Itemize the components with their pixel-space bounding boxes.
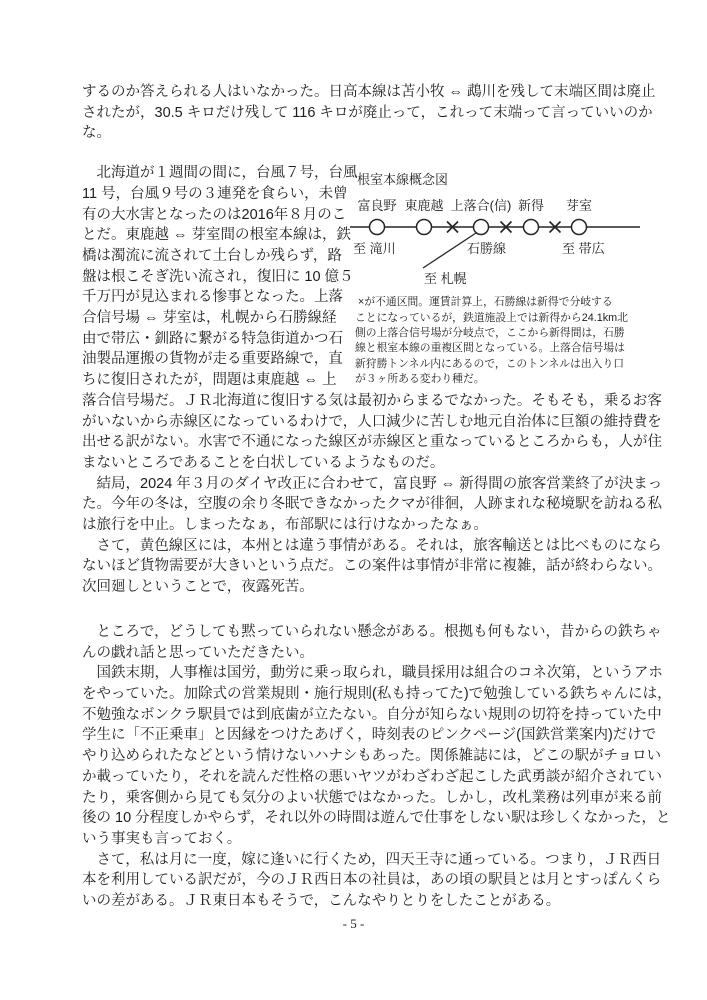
text-line: 本を利用している訳だが，今のＪＲ西日本の社員は，あの頃の駅員とは月とすっぽんくら bbox=[82, 870, 642, 891]
text-line: するのか答えられる人はいなかった。日高本線は苫小牧 ⇔ 鵡川を残して末端区間は廃… bbox=[82, 82, 642, 103]
page-content: するのか答えられる人はいなかった。日高本線は苫小牧 ⇔ 鵡川を残して末端区間は廃… bbox=[82, 82, 642, 912]
text-line: やり込められたなどという情けないハナシもあった。関係雑誌には，どこの駅がチョロい bbox=[82, 746, 642, 767]
paragraph-beside-figure: 北海道が１週間の間に，台風７号，台風11 号，台風９号の３連発を食らい，未曾有の… bbox=[82, 163, 350, 391]
figure-note: ×が不通区間。運賃計算上，石勝線は新得で分岐することになっているが，鉄道施設上で… bbox=[350, 295, 640, 387]
text-line: た。今年の冬は，空腹の余り冬眠できなかったクマが徘徊，人跡まれな秘境駅を訪ねる私 bbox=[82, 494, 642, 515]
text-line: ところで，どうしても黙っていられない懸念がある。根拠も何もない，昔からの鉄ちゃ bbox=[82, 622, 642, 643]
destination-label: 至 帯広 bbox=[562, 241, 605, 256]
text-line: 側の上落合信号場が分岐点で，ここから新得間は，石勝 bbox=[355, 326, 640, 341]
text-line: とだ。東鹿越 ⇔ 芽室間の根室本線は，鉄 bbox=[82, 225, 350, 246]
destination-label: 至 滝川 bbox=[353, 241, 396, 256]
text-line: 油製品運搬の貨物が走る重要路線で，直 bbox=[82, 349, 350, 370]
text-line: ×が不通区間。運賃計算上，石勝線は新得で分岐する bbox=[355, 295, 640, 310]
station-marker bbox=[417, 220, 432, 235]
station-label: 東鹿越 bbox=[404, 198, 443, 213]
text-line: 千万円が見込まれる惨事となった。上落 bbox=[82, 287, 350, 308]
station-label: 上落合(信) bbox=[451, 198, 512, 213]
text-line: 後の 10 分程度しかやらず，それ以外の時間は遊んで仕事をしない駅は珍しくなかっ… bbox=[82, 808, 642, 829]
paragraph-intro: するのか答えられる人はいなかった。日高本線は苫小牧 ⇔ 鵡川を残して末端区間は廃… bbox=[82, 82, 642, 144]
branch-line-label: 石勝線 bbox=[467, 241, 506, 256]
text-and-figure-row: 北海道が１週間の間に，台風７号，台風11 号，台風９号の３連発を食らい，未曾有の… bbox=[82, 163, 642, 391]
text-line: 落合信号場だ。ＪＲ北海道に復旧する気は最初からまるでなかった。そもそも，乗るお客 bbox=[82, 391, 642, 412]
text-line: 次回廻しということで，夜露死苦。 bbox=[82, 577, 642, 598]
text-line: 国鉄末期，人事権は国労，動労に乗っ取られ，職員採用は組合のコネ次第，というアホ bbox=[82, 663, 642, 684]
figure-title: 根室本線概念図 bbox=[357, 173, 640, 187]
text-line: 11 号，台風９号の３連発を食らい，未曾 bbox=[82, 184, 350, 205]
text-line: 北海道が１週間の間に，台風７号，台風 bbox=[82, 163, 350, 184]
text-line: が３ヶ所ある変わり種だ。 bbox=[355, 372, 640, 387]
text-line: 出せる訳がない。水害で不通になった線区が赤線区と重なっているところからも，人が住 bbox=[82, 432, 642, 453]
destination-label: 至 札幌 bbox=[424, 271, 467, 286]
text-line: 結局，2024 年３月のダイヤ改正に合わせて，富良野 ⇔ 新得間の旅客営業終了が… bbox=[82, 474, 642, 495]
text-line: んの戯れ話と思っていただきたい。 bbox=[82, 643, 642, 664]
station-marker bbox=[474, 220, 489, 235]
text-line: ないほど貨物需要が大きいという点だ。この案件は事情が非常に複雑，話が終わらない。 bbox=[82, 556, 642, 577]
text-line: 学生に「不正乗車」と因縁をつけたあげく，時刻表のピンクページ(国鉄営業案内)だけ… bbox=[82, 725, 642, 746]
text-line: いう事実も言っておく。 bbox=[82, 829, 642, 850]
station-marker bbox=[524, 220, 539, 235]
text-line: 有の大水害となったのは2016年８月のこ bbox=[82, 205, 350, 226]
station-marker bbox=[572, 220, 587, 235]
text-line: たり，乗客側から見ても気分のよい状態ではなかった。しかし，改札業務は列車が来る前 bbox=[82, 788, 642, 809]
text-line: 由で帯広・釧路に繋がる特急街道かつ石 bbox=[82, 329, 350, 350]
text-line: さて，私は月に一度，嫁に逢いに行くため，四天王寺に通っている。つまり，ＪＲ西日 bbox=[82, 850, 642, 871]
text-line: をやっていた。加除式の営業規則・施行規則(私も持ってた)で勉強している鉄ちゃんに… bbox=[82, 684, 642, 705]
text-line: は旅行を中止。しまったなぁ，布部駅には行けなかったなぁ。 bbox=[82, 515, 642, 536]
text-line: 線と根室本線の重複区間となっている。上落合信号場は bbox=[355, 341, 640, 356]
route-diagram: 富良野 東鹿越 上落合(信) 新得 芽室 bbox=[350, 194, 640, 290]
paragraph-after-figure: 落合信号場だ。ＪＲ北海道に復旧する気は最初からまるでなかった。そもそも，乗るお客… bbox=[82, 391, 642, 598]
route-diagram-figure: 根室本線概念図 富良野 東鹿越 上落合(信) 新得 芽室 bbox=[350, 163, 640, 387]
text-line: 橋は濁流に流されて土台しか残らず，路 bbox=[82, 246, 350, 267]
station-label: 新得 bbox=[518, 198, 544, 213]
station-label: 富良野 bbox=[357, 198, 396, 213]
text-line: ちに復旧されたが，問題は東鹿越 ⇔ 上 bbox=[82, 370, 350, 391]
text-line: 新狩勝トンネル内にあるので，このトンネルは出入り口 bbox=[355, 357, 640, 372]
text-line: 盤は根こそぎ洗い流され，復旧に 10 億５ bbox=[82, 267, 350, 288]
text-line: いの差がある。ＪＲ東日本もそうで，こんなやりとりをしたことがある。 bbox=[82, 891, 642, 912]
text-line: ことになっているが，鉄道施設上では新得から24.1km北 bbox=[355, 311, 640, 326]
station-marker bbox=[370, 220, 385, 235]
text-line: な。 bbox=[82, 123, 642, 144]
paragraph-closing: ところで，どうしても黙っていられない懸念がある。根拠も何もない，昔からの鉄ちゃん… bbox=[82, 622, 642, 912]
text-line: さて，黄色線区には，本州とは違う事情がある。それは，旅客輸送とは比べものになら bbox=[82, 536, 642, 557]
text-line: されたが，30.5 キロだけ残して 116 キロが廃止って，これって末端って言っ… bbox=[82, 103, 642, 124]
text-line: か載っていたり，それを読んだ性格の悪いヤツがわざわざ起こした武勇談が紹介されてい bbox=[82, 767, 642, 788]
text-line: 不勉強なボンクラ駅員では到底歯が立たない。自分が知らない規則の切符を持っていた中 bbox=[82, 705, 642, 726]
text-line: まないところであることを白状しているようなものだ。 bbox=[82, 453, 642, 474]
text-line: がいないから赤線区になっているわけで，人口減少に苦しむ地元自治体に巨額の維持費を bbox=[82, 412, 642, 433]
page-number: - 5 - bbox=[0, 916, 707, 932]
text-line: 合信号場 ⇔ 芽室は，札幌から石勝線経 bbox=[82, 308, 350, 329]
station-label: 芽室 bbox=[566, 198, 592, 213]
